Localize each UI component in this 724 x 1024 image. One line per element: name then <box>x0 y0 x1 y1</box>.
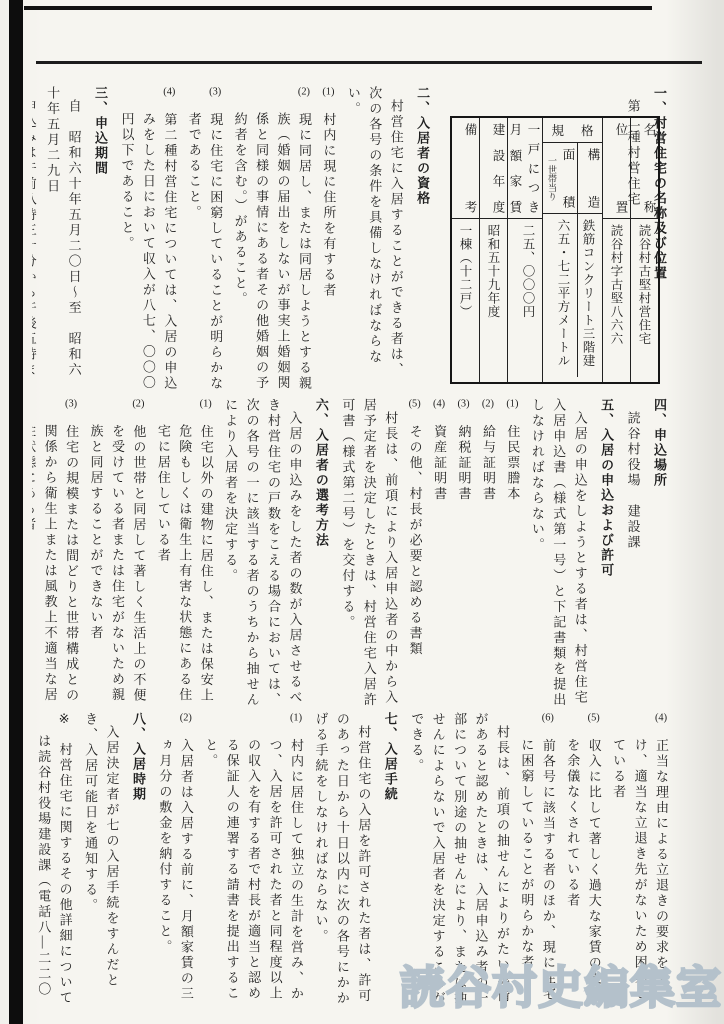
item-number: (2) <box>298 86 310 97</box>
section-heading: 八、入居時期 <box>128 712 149 1012</box>
housing-table: 名称読谷村古堅村営住宅位置読谷村字古堅八六六規格構造鉄筋コンクリート三階建面積一… <box>450 116 660 384</box>
item-number: (2) <box>482 398 494 409</box>
item-number: (3) <box>458 398 470 409</box>
table-column: 面積一世帯当り六五・七二平方メートル <box>543 143 577 377</box>
table-header-cell: 建設年度 <box>480 118 507 219</box>
item-number: (3) <box>65 398 77 409</box>
item-number: (2) <box>132 398 144 409</box>
paragraph: 村営住宅に入居することができる者は、次の各号の条件を具備しなければならない。 <box>342 86 406 392</box>
table-value-cell: 読谷村古堅村営住宅 <box>631 219 658 382</box>
table-value-cell: 一棟（十二戸） <box>452 219 479 382</box>
list-item: (3) 現に住宅に困窮していることが明らかな者であること。 <box>183 86 226 392</box>
item-number: (5) <box>409 398 421 409</box>
table-header-text: 名称 <box>640 123 658 213</box>
list-item: ※ 村営住宅に関するその他詳細については読谷村役場建設課（電話八—二二〇一内線四… <box>32 712 76 1012</box>
table-column: 位置読谷村字古堅八六六 <box>602 118 630 382</box>
table-group-header-char: 格 <box>581 121 594 139</box>
section-heading: 五、入居の申込および許可 <box>596 398 617 710</box>
table-column: 建設年度昭和五十九年度 <box>479 118 507 382</box>
item-number: ※ <box>58 712 73 727</box>
paragraph: 読谷村役場 建設課 <box>622 398 643 710</box>
table-header-text: 位置 <box>612 123 630 213</box>
table-header-text: 備考 <box>461 123 479 213</box>
table-header-cell: 一戸につき月額家賃 <box>508 118 542 219</box>
watermark: 読谷村史編集室 <box>400 951 722 1016</box>
paragraph: 入居決定者が七の入居手続をすんだとき、入居可能日を通知する。 <box>80 712 123 1012</box>
table-header-text: 建設年度 <box>489 123 507 213</box>
section-heading: 七、入居手続 <box>379 712 400 1012</box>
list-item: (3) 住宅の規模または間どりと世帯構成との関係から衛生上または風教上不適当な居… <box>32 398 82 710</box>
section-heading: 六、入居者の選考方法 <box>310 398 331 710</box>
list-item: (1) 村内に居住して独立の生計を営み、かつ、入居を許可された者と同程度以上の収… <box>200 712 307 1012</box>
item-number: (3) <box>209 86 221 97</box>
table-value-cell: 読谷村字古堅八六六 <box>603 219 630 382</box>
top-rule-line <box>36 61 702 64</box>
table-group-header: 規格 <box>543 118 602 143</box>
item-number: (2) <box>180 712 192 723</box>
item-number: (5) <box>588 712 600 723</box>
table-header-cell: 名称 <box>631 118 658 219</box>
paragraph: 申込みは午前八時三十分から午後五時までとする。但し土曜日は午前中、日曜日は受付し… <box>32 86 40 392</box>
table-value-cell: 鉄筋コンクリート三階建 <box>578 214 602 377</box>
table-column: 構造鉄筋コンクリート三階建 <box>577 143 602 377</box>
item-number: (1) <box>200 398 212 409</box>
table-header-text: 構造 <box>584 148 602 208</box>
paragraph: 村営住宅の入居を許可された者は、許可のあった日から十日以内に次の各号にかかげる手… <box>310 712 374 1012</box>
list-item: (1) 住宅以外の建物に居住し、または保安上危険もしくは衛生上有害な状態にある住… <box>152 398 216 710</box>
section-heading: 二、入居者の資格 <box>412 86 433 392</box>
item-number: (1) <box>322 86 334 97</box>
list-item: (1) 住民票謄本 <box>502 398 523 710</box>
list-item: (1) 村内に現に住所を有する者 <box>318 86 339 392</box>
table-header-text: 一世帯当り <box>546 148 559 208</box>
list-item: (4) 第二種村営住宅については、入居の申込みをした日において収入が八七、〇〇〇… <box>116 86 180 392</box>
table-header-text: 面積 <box>559 148 577 208</box>
table-group-header-char: 規 <box>551 121 564 139</box>
list-item: (2) 現に同居し、または同居しようとする親族（婚姻の届出をしないが事実上婚姻関… <box>229 86 315 392</box>
table-header-cell: 面積一世帯当り <box>543 143 577 214</box>
section-heading: 三、申込期間 <box>90 86 111 392</box>
list-item: (4) 資産証明書 <box>429 398 450 710</box>
paragraph: 村長は、前項により入居申込者の中から入居予定者を決定したときは、村営住宅入居許可… <box>337 398 401 710</box>
table-header-text: 月額家賃 <box>506 123 524 213</box>
item-number: (6) <box>542 712 554 723</box>
table-column: 一戸につき月額家賃二五、〇〇〇円 <box>507 118 542 382</box>
text-band-middle: 四、申込場所読谷村役場 建設課五、入居の申込および許可入居の申込をしようとする者… <box>32 398 675 710</box>
table-value-cell: 二五、〇〇〇円 <box>508 219 542 382</box>
item-number: (1) <box>290 712 302 723</box>
section-heading: 四、申込場所 <box>649 398 670 710</box>
table-column: 備考一棟（十二戸） <box>452 118 479 382</box>
table-spacer <box>438 86 620 96</box>
item-number: (4) <box>163 86 175 97</box>
table-value-cell: 六五・七二平方メートル <box>543 214 577 377</box>
table-group: 規格構造鉄筋コンクリート三階建面積一世帯当り六五・七二平方メートル <box>542 118 602 382</box>
list-item: (2) 給与証明書 <box>478 398 499 710</box>
list-item: (3) 納税証明書 <box>453 398 474 710</box>
paragraph: 入居の申込みをした者の数が入居させるべき村営住宅の戸数をこえる場合においては、次… <box>220 398 306 710</box>
item-number: (4) <box>433 398 445 409</box>
list-item: (5) その他、村長が必要と認める書類 <box>404 398 425 710</box>
item-number: (1) <box>506 398 518 409</box>
table-column: 名称読谷村古堅村営住宅 <box>630 118 658 382</box>
table-header-cell: 備考 <box>452 118 479 219</box>
item-number: (4) <box>655 712 667 723</box>
scanned-document-page: 一、村営住宅の名称及び位置第二種村営住宅二、入居者の資格村営住宅に入居することが… <box>0 0 724 1024</box>
table-header-cell: 構造 <box>578 143 602 214</box>
scan-edge-top <box>24 6 652 10</box>
table-header-cell: 位置 <box>603 118 630 219</box>
paragraph: 自 昭和六十年五月二〇日〜至 昭和六十年五月二九日 <box>42 86 85 392</box>
list-item: (2) 他の世帯と同居して著しく生活上の不便を受けている者または住宅がないため親… <box>85 398 149 710</box>
table-header-text: 一戸につき <box>524 123 542 213</box>
list-item: (2) 入居者は入居する前に、月額家賃の三ヵ月分の敷金を納付すること。 <box>154 712 197 1012</box>
paragraph: 入居の申込をしようとする者は、村営住宅入居申込書（様式第一号）と下記書類を提出し… <box>526 398 590 710</box>
scan-edge-left <box>9 0 23 1024</box>
table-value-cell: 昭和五十九年度 <box>480 219 507 382</box>
